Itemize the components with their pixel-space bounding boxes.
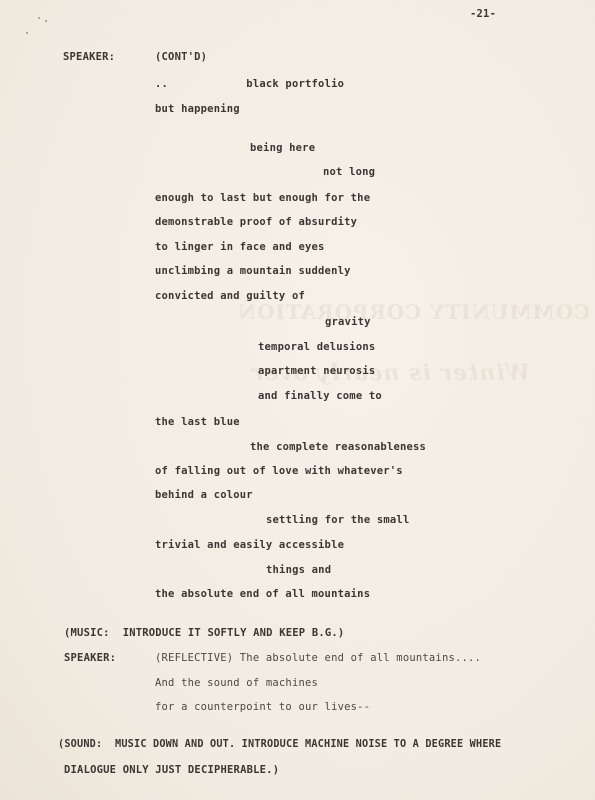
dialogue-line: unclimbing a mountain suddenly (155, 265, 351, 277)
dialogue-line: convicted and guilty of (155, 290, 305, 302)
dialogue-line: demonstrable proof of absurdity (155, 216, 357, 228)
dialogue-line: of falling out of love with whatever's (155, 465, 403, 477)
dialogue-line: the last blue (155, 416, 240, 428)
dialogue-line: And the sound of machines (155, 677, 318, 689)
typewritten-page: COMMUNITY CORPORATION Winter is nearly o… (0, 0, 595, 800)
dialogue-line: settling for the small (266, 514, 409, 526)
dialogue-line: to linger in face and eyes (155, 241, 325, 253)
dialogue-line: temporal delusions (258, 341, 375, 353)
dialogue-line: gravity (325, 316, 371, 328)
speck (45, 20, 47, 22)
music-cue: (MUSIC: INTRODUCE IT SOFTLY AND KEEP B.G… (64, 627, 344, 639)
dialogue-line: but happening (155, 103, 240, 115)
page-number: -21- (470, 8, 496, 20)
dialogue-line: and finally come to (258, 390, 382, 402)
sound-cue-continued: DIALOGUE ONLY JUST DECIPHERABLE.) (64, 764, 279, 776)
dialogue-line: behind a colour (155, 489, 253, 501)
dialogue-line: apartment neurosis (258, 365, 375, 377)
dialogue-line: the absolute end of all mountains (155, 588, 370, 600)
dialogue-line: trivial and easily accessible (155, 539, 344, 551)
dialogue-line: (REFLECTIVE) The absolute end of all mou… (155, 652, 481, 664)
speck (26, 32, 28, 34)
dialogue-line: things and (266, 564, 331, 576)
speaker-label: SPEAKER: (63, 51, 115, 63)
dialogue-line: the complete reasonableness (250, 441, 426, 453)
contd-cue: (CONT'D) (155, 51, 207, 63)
dialogue-line: .. black portfolio (155, 78, 344, 90)
dialogue-line: enough to last but enough for the (155, 192, 370, 204)
dialogue-line: being here (250, 142, 315, 154)
sound-cue: (SOUND: MUSIC DOWN AND OUT. INTRODUCE MA… (58, 739, 501, 751)
dialogue-line: not long (323, 166, 375, 178)
speaker-label: SPEAKER: (64, 652, 116, 664)
speck (38, 17, 40, 19)
dialogue-line: for a counterpoint to our lives-- (155, 701, 370, 713)
